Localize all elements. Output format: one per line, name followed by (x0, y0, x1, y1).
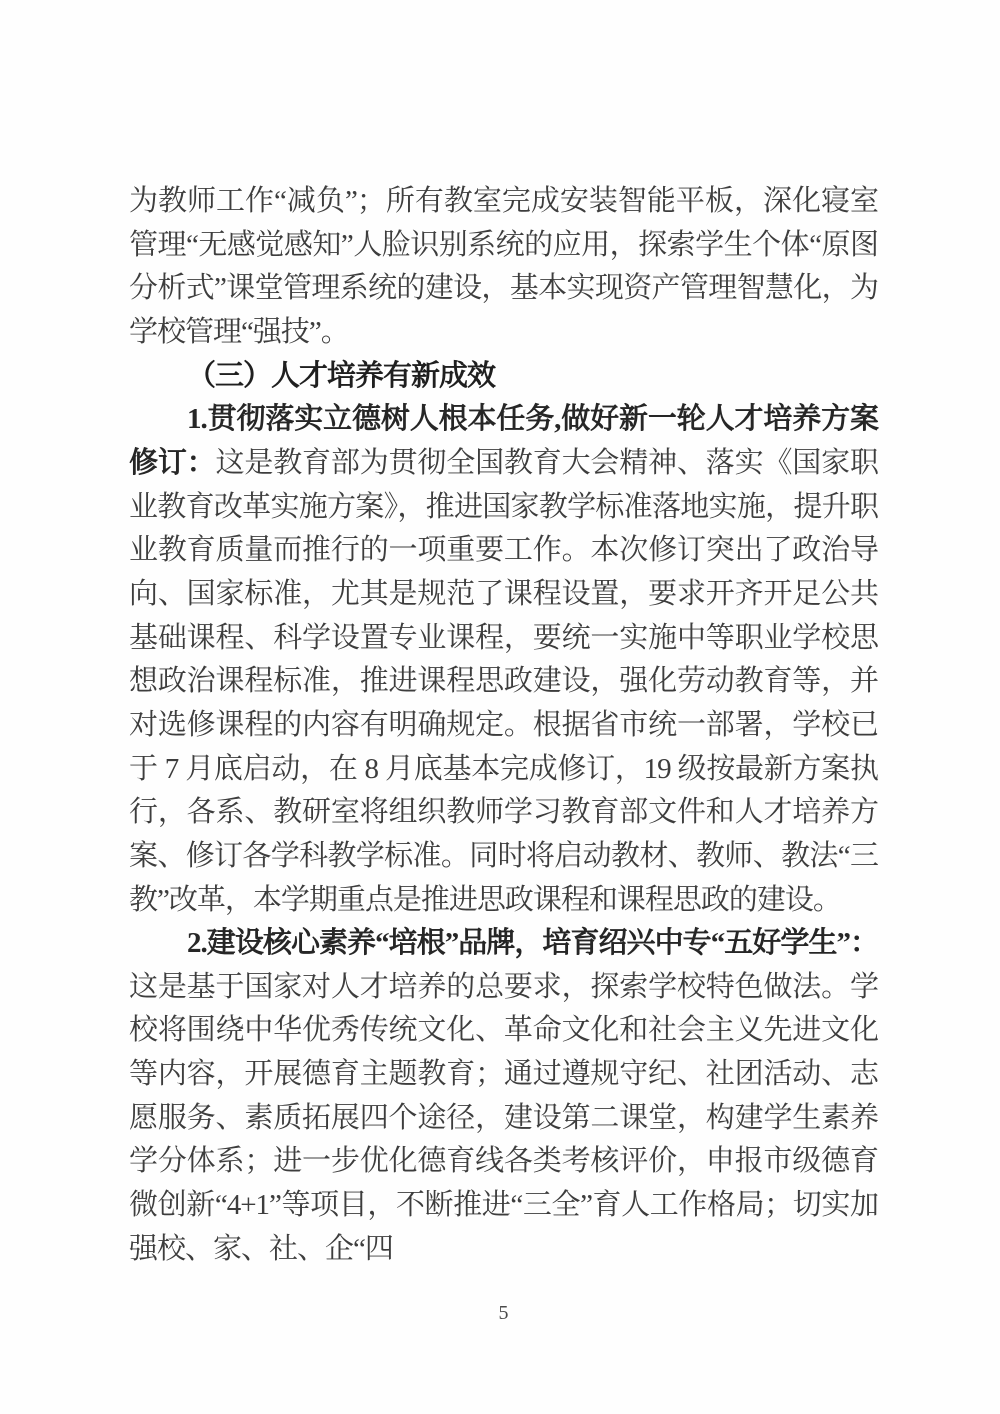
paragraph: 为教师工作“减负”；所有教室完成安装智能平板，深化寝室管理“无感觉感知”人脸识别… (129, 180, 878, 355)
document-page: 为教师工作“减负”；所有教室完成安装智能平板，深化寝室管理“无感觉感知”人脸识别… (0, 0, 1000, 1414)
document-body: 为教师工作“减负”；所有教室完成安装智能平板，深化寝室管理“无感觉感知”人脸识别… (129, 180, 878, 1271)
page-footer: 5 (129, 1302, 878, 1325)
text-run: 为教师工作“减负”；所有教室完成安装智能平板，深化寝室管理“无感觉感知”人脸识别… (129, 185, 878, 348)
paragraph: 2.建设核心素养“培根”品牌，培育绍兴中专“五好学生”：这是基于国家对人才培养的… (129, 922, 878, 1271)
text-run: 这是教育部为贯彻全国教育大会精神、落实《国家职业教育改革实施方案》，推进国家教学… (129, 447, 878, 916)
text-run: 这是基于国家对人才培养的总要求，探索学校特色做法。学校将围绕中华优秀传统文化、革… (129, 971, 878, 1265)
bold-text-run: 2.建设核心素养“培根”品牌，培育绍兴中专“五好学生”： (187, 927, 878, 959)
page-number: 5 (499, 1302, 509, 1324)
paragraph: 1.贯彻落实立德树人根本任务,做好新一轮人才培养方案修订：这是教育部为贯彻全国教… (129, 398, 878, 922)
section-heading: （三）人才培养有新成效 (129, 355, 878, 399)
bold-text-run: （三）人才培养有新成效 (187, 360, 495, 392)
